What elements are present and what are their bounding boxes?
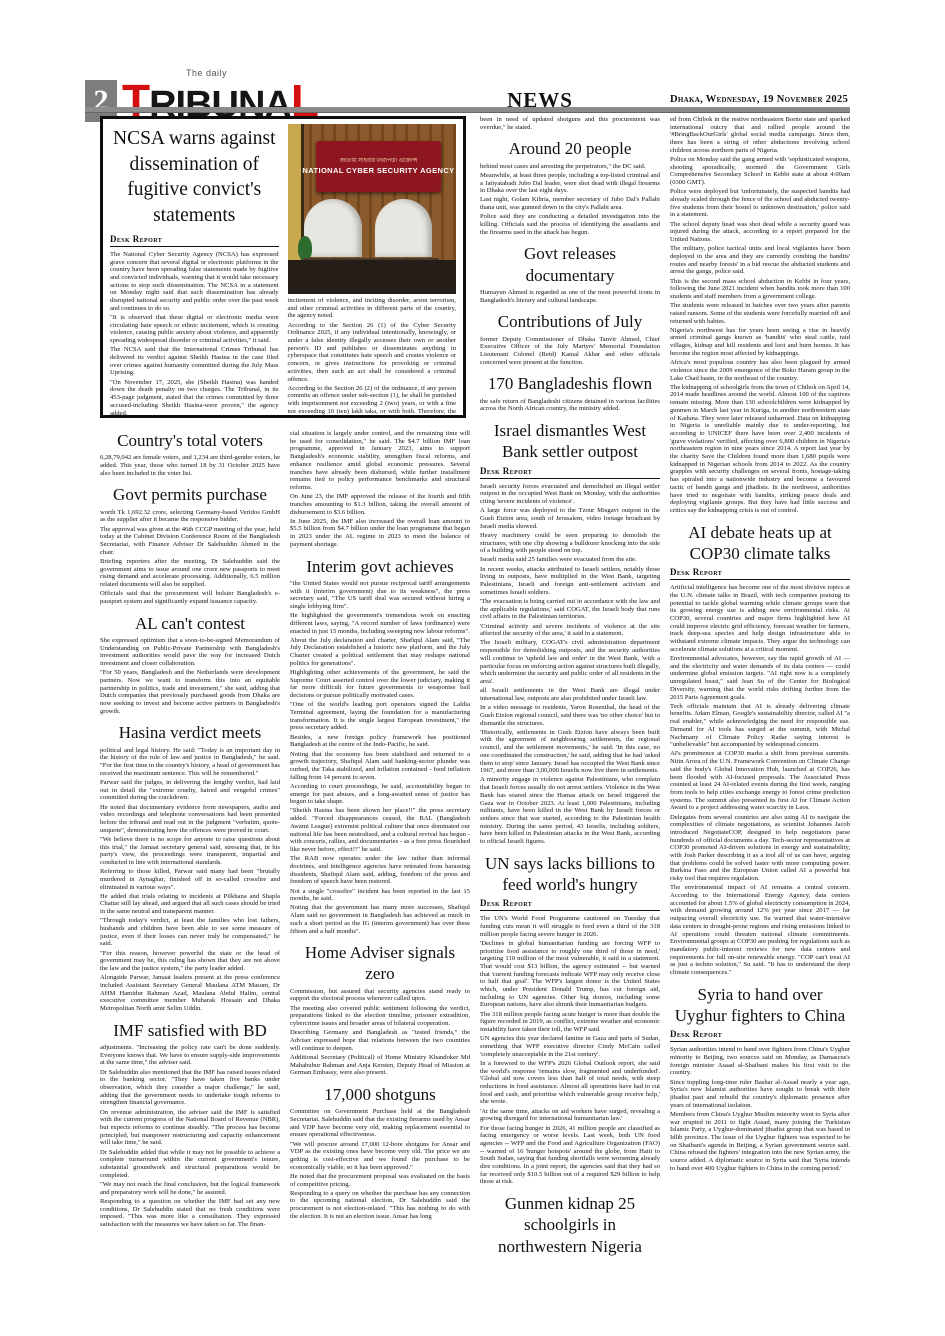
- article-body: incitement of violence, and inciting dis…: [288, 297, 457, 418]
- paragraph: "Sheikh Hasina has been shown her place!…: [290, 807, 470, 853]
- article-al-cant-contest: AL can't contest She expressed optimism …: [100, 613, 280, 716]
- photo-plant: [298, 236, 312, 260]
- article-body: Humayun Ahmed is regarded as one of the …: [480, 289, 660, 304]
- paragraph: Heavy machinery could be seen preparing …: [480, 532, 660, 555]
- paragraph: Noting that the economy has been stabili…: [290, 751, 470, 782]
- paragraph: Committee on Government Purchase held at…: [290, 1108, 470, 1139]
- paragraph: In June 2025, the IMF also increased the…: [290, 518, 470, 549]
- paragraph: The UN's World Food Programme cautioned …: [480, 915, 660, 938]
- paragraph: "We will procure around 17,000 12-bore s…: [290, 1141, 470, 1172]
- article-body: political and legal history. He said: "T…: [100, 747, 280, 1013]
- headline-contributions-july: Contributions of July: [480, 311, 660, 332]
- paragraph: On June 23, the IMF approved the release…: [290, 493, 470, 516]
- headline-imf-satisfied: IMF satisfied with BD: [100, 1020, 280, 1041]
- paragraph: The 318 million people facing acute hung…: [480, 1011, 660, 1034]
- photo-arch-right: [375, 199, 432, 257]
- paragraph: Artificial intelligence has become one o…: [670, 584, 850, 653]
- paragraph: Syrian authorities intend to hand over f…: [670, 1046, 850, 1077]
- paragraph: AI's prominence at COP30 marks a shift f…: [670, 750, 850, 812]
- paragraph: "For 50 years, Bangladesh and the Nether…: [100, 669, 280, 715]
- article-body: Israeli security forces evacuated and de…: [480, 483, 660, 846]
- paragraph: Parwar said the judges, in delivering th…: [100, 779, 280, 802]
- article-body: She expressed optimism that a soon-to-be…: [100, 637, 280, 716]
- paragraph: "It is observed that these digital or el…: [110, 314, 279, 345]
- paragraph: Police said they are conducting a detail…: [480, 213, 660, 236]
- byline-un-hungry: Desk Report: [480, 898, 660, 911]
- paragraph: The military, police tactical units and …: [670, 245, 850, 276]
- paragraph: This is the second mass school abduction…: [670, 278, 850, 301]
- paragraph: The environmental impact of AI remains a…: [670, 884, 850, 976]
- byline-ai-debate: Desk Report: [670, 567, 850, 580]
- article-gunmen-kidnap: Gunmen kidnap 25 schoolgirls in northwes…: [480, 1193, 660, 1258]
- headline-un-hungry: UN says lacks billions to feed world's h…: [480, 853, 660, 896]
- paragraph: "We believe there is no scope for anyone…: [100, 836, 280, 867]
- photo-arch-left: [304, 199, 361, 257]
- paragraph: He highlighted the government's tremendo…: [290, 612, 470, 635]
- ncsa-office-photo: জাতীয় সাইবার নিরাপত্তা এজেন্সি NATIONAL…: [288, 124, 457, 294]
- paragraph: Israeli media said 25 families were evac…: [480, 556, 660, 564]
- article-body: worth Tk 1,692.32 crore, selecting Germa…: [100, 509, 280, 606]
- paragraph: 6,28,79,042 are female voters, and 1,234…: [100, 454, 280, 477]
- paragraph: The meeting also covered public sentimen…: [290, 1005, 470, 1028]
- paragraph: 'The evacuation is being carried out in …: [480, 598, 660, 621]
- headline-documentary: Govt releases documentary: [480, 243, 660, 286]
- paragraph: Israeli security forces evacuated and de…: [480, 483, 660, 506]
- paragraph: "Through today's verdict, at least the f…: [100, 917, 280, 948]
- paragraph: He noted that documentary evidence from …: [100, 804, 280, 835]
- paragraph: all Israeli settlements in the West Bank…: [480, 687, 660, 702]
- article-shotguns: 17,000 shotguns Committee on Government …: [290, 1084, 470, 1221]
- article-body: former Deputy Commissioner of Dhaka Tanv…: [480, 336, 660, 367]
- article-body: 6,28,79,042 are female voters, and 1,234…: [100, 454, 280, 477]
- paragraph: The approval was given at the 46th CCGP …: [100, 526, 280, 557]
- paragraph: In a video message to residents, Yaron R…: [480, 704, 660, 727]
- paragraph: adjustments. "Increasing the policy rate…: [100, 1044, 280, 1067]
- paragraph: "For this reason, however powerful the s…: [100, 950, 280, 973]
- paragraph: Referring to those killed, Parwar said m…: [100, 868, 280, 891]
- paragraph: "On November 17, 2025, she (Sheikh Hasin…: [110, 379, 279, 418]
- paragraph: "the United States would not pursue reci…: [290, 580, 470, 611]
- paragraph: former Deputy Commissioner of Dhaka Tanv…: [480, 336, 660, 367]
- column-3: been in need of updated shotguns and thi…: [480, 116, 660, 1258]
- paragraph: On revenue administration, the adviser s…: [100, 1109, 280, 1148]
- paragraph: The students were released in batches ov…: [670, 302, 850, 325]
- headline-al-cant-contest: AL can't contest: [100, 613, 280, 634]
- article-body: Artificial intelligence has become one o…: [670, 584, 850, 977]
- article-body: the safe return of Bangladeshi citizens …: [480, 398, 660, 413]
- paragraph: 'Declines in global humanitarian funding…: [480, 940, 660, 1009]
- article-ai-debate: AI debate heats up at COP30 climate talk…: [670, 522, 850, 977]
- paragraph: Police on Monday said the gang armed wit…: [670, 156, 850, 187]
- headline-gunmen-kidnap: Gunmen kidnap 25 schoolgirls in northwes…: [480, 1193, 660, 1257]
- paragraph: The Israeli military, COGAT's civil admi…: [480, 639, 660, 685]
- article-around-20: Around 20 people behind most cases and a…: [480, 138, 660, 236]
- paragraph: A large force was deployed to the Tzour …: [480, 507, 660, 530]
- headline-hasina-verdict: Hasina verdict meets: [100, 722, 280, 743]
- article-body: Syrian authorities intend to hand over f…: [670, 1046, 850, 1172]
- paragraph: Dr Salehuddin added that while it may no…: [100, 1149, 280, 1180]
- article-body: The UN's World Food Programme cautioned …: [480, 915, 660, 1186]
- article-shotguns-continued: been in need of updated shotguns and thi…: [480, 116, 660, 131]
- headline-govt-permits: Govt permits purchase: [100, 484, 280, 505]
- article-body: The National Cyber Security Agency (NCSA…: [110, 251, 279, 418]
- paragraph: 'Historically, settlements in Gush Etzio…: [480, 729, 660, 775]
- paragraph: ed from Chibok in the restive northeaste…: [670, 116, 850, 155]
- paragraph: political and legal history. He said: "T…: [100, 747, 280, 778]
- lead-article-byline: Desk Report: [110, 234, 279, 247]
- column-1: Country's total voters 6,28,79,042 are f…: [100, 430, 280, 1256]
- agency-sign-english: NATIONAL CYBER SECURITY AGENCY: [302, 166, 454, 175]
- paragraph: Delegates from several countries are als…: [670, 814, 850, 883]
- article-imf-continued: cial situation is largely under control,…: [290, 430, 470, 549]
- article-imf-satisfied: IMF satisfied with BD adjustments. "Incr…: [100, 1020, 280, 1229]
- paragraph: Noting that the government has many more…: [290, 904, 470, 935]
- paragraph: A minority engage in violence against Pa…: [480, 776, 660, 845]
- paragraph: cial situation is largely under control,…: [290, 430, 470, 492]
- article-body: been in need of updated shotguns and thi…: [480, 116, 660, 131]
- article-body: adjustments. "Increasing the policy rate…: [100, 1044, 280, 1229]
- headline-home-adviser: Home Adviser signals zero: [290, 942, 470, 985]
- paragraph: incitement of violence, and inciting dis…: [288, 297, 457, 320]
- headline-interim-govt: Interim govt achieves: [290, 556, 470, 577]
- paragraph: been in need of updated shotguns and thi…: [480, 116, 660, 131]
- paragraph: "We may not reach the final conclusion, …: [100, 1181, 280, 1196]
- paragraph: She expressed optimism that a soon-to-be…: [100, 637, 280, 668]
- paragraph: Commission, but assured that security ag…: [290, 988, 470, 1003]
- photo-agency-sign: জাতীয় সাইবার নিরাপত্তা এজেন্সি NATIONAL…: [316, 141, 441, 192]
- dateline: Dhaka, Wednesday, 19 November 2025: [670, 94, 848, 105]
- paragraph: The NCSA said that the International Cri…: [110, 346, 279, 377]
- paragraph: Environmental advocates, however, say th…: [670, 655, 850, 701]
- headline-syria-uyghur: Syria to hand over Uyghur fighters to Ch…: [670, 984, 850, 1027]
- paragraph: According to the Section 26 (2) of the o…: [288, 385, 457, 418]
- headline-country-voters: Country's total voters: [100, 430, 280, 451]
- paragraph: According to the Section 26 (1) of the C…: [288, 322, 457, 384]
- column-2: cial situation is largely under control,…: [290, 430, 470, 1256]
- article-body: behind most cases and arresting the perp…: [480, 163, 660, 237]
- paragraph: In recent weeks, attacks attributed to I…: [480, 566, 660, 597]
- article-bangladeshis-flown: 170 Bangladeshis flown the safe return o…: [480, 373, 660, 413]
- paragraph: Since toppling long-time ruler Bashar al…: [670, 1079, 850, 1110]
- paragraph: Alongside Parwar, Jamaat leaders present…: [100, 974, 280, 1013]
- article-body: ed from Chibok in the restive northeaste…: [670, 116, 850, 515]
- headline-israel-outpost: Israel dismantles West Bank settler outp…: [480, 420, 660, 463]
- paragraph: Highlighting other achievements of the g…: [290, 669, 470, 700]
- article-body: Committee on Government Purchase held at…: [290, 1108, 470, 1220]
- article-govt-permits: Govt permits purchase worth Tk 1,692.32 …: [100, 484, 280, 605]
- paragraph: 'Criminal activity and severe incidents …: [480, 623, 660, 638]
- paragraph: Dr Salehuddin also mentioned that the IM…: [100, 1069, 280, 1108]
- paragraph: Last night, Golam Kibria, member secreta…: [480, 196, 660, 211]
- paragraph: Responding to a query on whether the pur…: [290, 1190, 470, 1221]
- headline-around-20: Around 20 people: [480, 138, 660, 159]
- article-home-adviser: Home Adviser signals zero Commission, bu…: [290, 942, 470, 1077]
- article-body: cial situation is largely under control,…: [290, 430, 470, 549]
- paragraph: UN agencies this year declared famine in…: [480, 1035, 660, 1058]
- headline-bangladeshis-flown: 170 Bangladeshis flown: [480, 373, 660, 394]
- paragraph: Briefing reporters after the meeting, Dr…: [100, 558, 280, 589]
- paragraph: Africa's most populous country has also …: [670, 359, 850, 382]
- lead-article-box: NCSA warns against dissemination of fugi…: [100, 116, 466, 418]
- paragraph: He noted that the procurement proposal w…: [290, 1173, 470, 1188]
- article-israel-outpost: Israel dismantles West Bank settler outp…: [480, 420, 660, 846]
- paragraph: Humayun Ahmed is regarded as one of the …: [480, 289, 660, 304]
- masthead-tagline: The daily: [186, 68, 227, 78]
- photo-reception-desk: [288, 260, 457, 294]
- lead-article-left-column: NCSA warns against dissemination of fugi…: [110, 124, 279, 410]
- newspaper-page: 2 The daily TRIBUNAL NEWS Dhaka, Wednesd…: [0, 0, 945, 1336]
- article-country-voters: Country's total voters 6,28,79,042 are f…: [100, 430, 280, 477]
- paragraph: Describing Germany and Bangladesh as "te…: [290, 1029, 470, 1052]
- paragraph: For those facing hunger in 2026, 41 mill…: [480, 1125, 660, 1187]
- paragraph: He added that trials relating to inciden…: [100, 893, 280, 916]
- paragraph: worth Tk 1,692.32 crore, selecting Germa…: [100, 509, 280, 524]
- paragraph: behind most cases and arresting the perp…: [480, 163, 660, 171]
- article-syria-uyghur: Syria to hand over Uyghur fighters to Ch…: [670, 984, 850, 1173]
- paragraph: Besides, a new foreign policy framework …: [290, 734, 470, 749]
- article-interim-govt: Interim govt achieves "the United States…: [290, 556, 470, 936]
- header-divider: [85, 107, 850, 113]
- paragraph: Meanwhile, at least three people, includ…: [480, 172, 660, 195]
- paragraph: Nigeria's northwest has for years been s…: [670, 327, 850, 358]
- paragraph: 'At the same time, attacks on aid worker…: [480, 1108, 660, 1123]
- article-gunmen-continued: ed from Chibok in the restive northeaste…: [670, 116, 850, 515]
- article-hasina-verdict: Hasina verdict meets political and legal…: [100, 722, 280, 1012]
- agency-sign-bangla: জাতীয় সাইবার নিরাপত্তা এজেন্সি: [340, 158, 418, 164]
- paragraph: "One of the world's leading port operato…: [290, 701, 470, 732]
- paragraph: Members from China's Uyghur Muslim minor…: [670, 1111, 850, 1173]
- headline-shotguns: 17,000 shotguns: [290, 1084, 470, 1105]
- article-body: "the United States would not pursue reci…: [290, 580, 470, 935]
- column-4: ed from Chibok in the restive northeaste…: [670, 116, 850, 1258]
- byline-israel-outpost: Desk Report: [480, 466, 660, 479]
- paragraph: About the July declaration and charter, …: [290, 637, 470, 668]
- byline-syria-uyghur: Desk Report: [670, 1029, 850, 1042]
- article-un-hungry: UN says lacks billions to feed world's h…: [480, 853, 660, 1186]
- paragraph: The RAB now operates under the law rathe…: [290, 855, 470, 886]
- paragraph: The National Cyber Security Agency (NCSA…: [110, 251, 279, 313]
- paragraph: Officials said that the procurement will…: [100, 590, 280, 605]
- paragraph: In a foreword to the WFP's 2026 Global O…: [480, 1060, 660, 1106]
- paragraph: Tech officials maintain that AI is alrea…: [670, 703, 850, 749]
- article-documentary: Govt releases documentary Humayun Ahmed …: [480, 243, 660, 304]
- paragraph: Not a single "crossfire" incident has be…: [290, 888, 470, 903]
- headline-ai-debate: AI debate heats up at COP30 climate talk…: [670, 522, 850, 565]
- paragraph: Police were deployed but 'unfortunately,…: [670, 188, 850, 219]
- paragraph: the safe return of Bangladeshi citizens …: [480, 398, 660, 413]
- lead-article-right-column: জাতীয় সাইবার নিরাপত্তা এজেন্সি NATIONAL…: [288, 124, 457, 410]
- paragraph: Responding to a question on whether the …: [100, 1198, 280, 1229]
- paragraph: The kidnapping of schoolgirls from the t…: [670, 384, 850, 515]
- lead-article-headline: NCSA warns against dissemination of fugi…: [110, 126, 279, 229]
- paragraph: The school deputy head was shot dead whi…: [670, 221, 850, 244]
- article-body: Commission, but assured that security ag…: [290, 988, 470, 1077]
- paragraph: Additional Secretary (Political) of Home…: [290, 1054, 470, 1077]
- article-contributions-july: Contributions of July former Deputy Comm…: [480, 311, 660, 366]
- paragraph: According to court proceedings, he said,…: [290, 783, 470, 806]
